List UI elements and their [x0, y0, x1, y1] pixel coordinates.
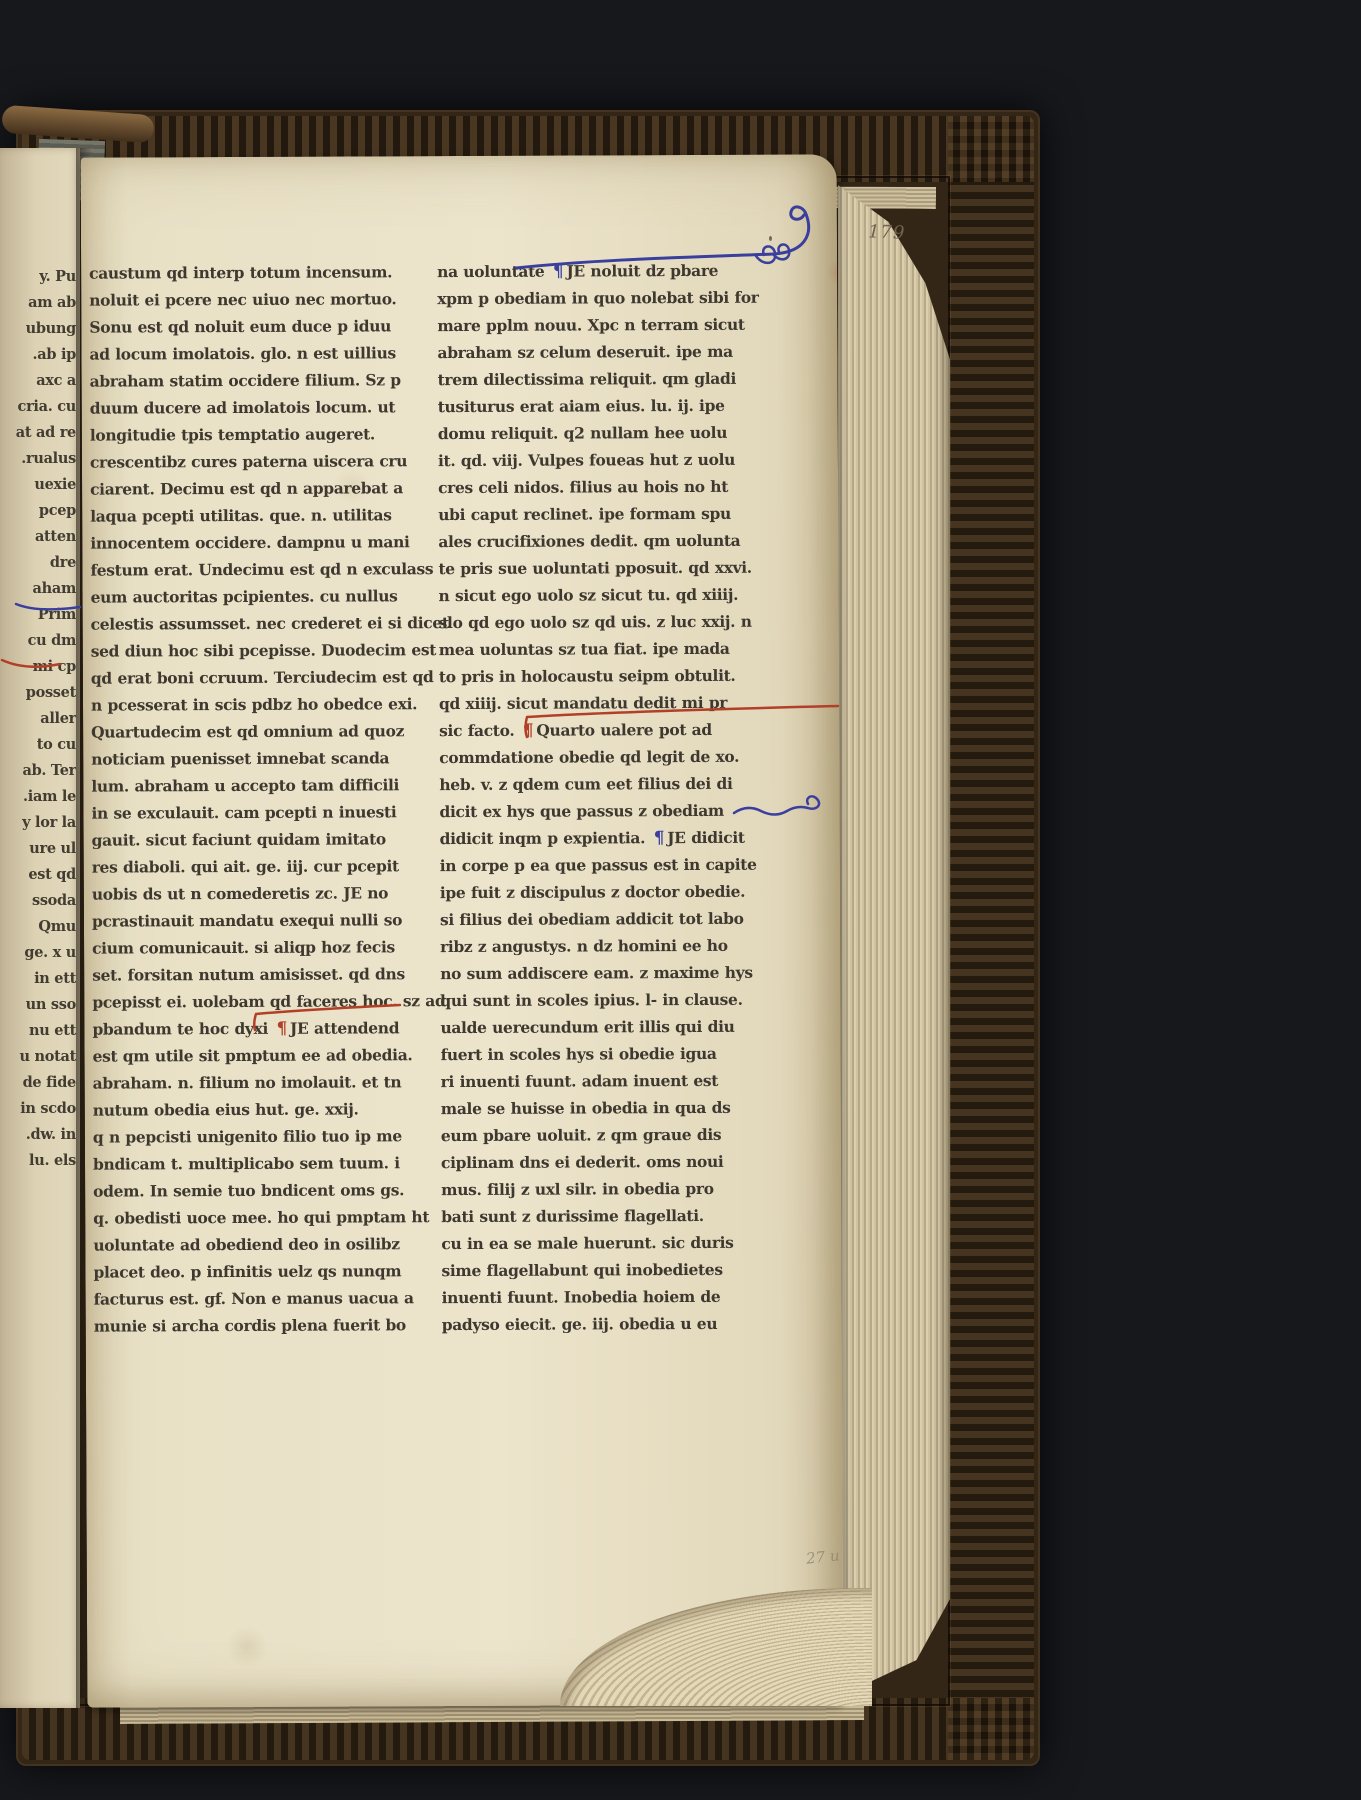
manuscript-line: slo qd ego uolo sz qd uis. z luc xxij. n [439, 608, 769, 636]
manuscript-line: mus. filij z uxl silr. in obedia pro [441, 1175, 771, 1203]
manuscript-line: in corpe p ea que passus est in capite [440, 851, 770, 879]
manuscript-line: qd xiiij. sicut mandatu dedit mi pr [439, 689, 769, 717]
margin-fragment: am ab [0, 290, 76, 316]
margin-fragment: y lor la [0, 810, 76, 836]
manuscript-line: facturus est. gf. Non e manus uacua a [94, 1284, 424, 1312]
manuscript-line: bndicam t. multiplicabo sem tuum. i [93, 1149, 423, 1177]
margin-fragment: Qmu [0, 914, 76, 940]
manuscript-line: gauit. sicut faciunt quidam imitato [92, 825, 422, 853]
text-column-right: na uoluntate ¶JE noluit dz pbarexpm p ob… [437, 257, 772, 1338]
manuscript-line: eum pbare uoluit. z qm graue dis [441, 1121, 771, 1149]
page-stack-foredge [838, 176, 950, 1706]
pilcrow-mark: ¶ [274, 1019, 291, 1039]
pilcrow-mark: ¶ [550, 262, 567, 282]
pilcrow-mark: ¶ [651, 828, 668, 848]
manuscript-line: odem. In semie tuo bndicent oms gs. [93, 1176, 423, 1204]
margin-fragment: dw. in. [0, 1122, 76, 1148]
margin-fragment: cu dm [0, 628, 76, 654]
manuscript-line: ri inuenti fuunt. adam inuent est [441, 1067, 771, 1095]
facing-page-fragments: y. Puam abubungab ip.axc acria. cuat ad … [0, 264, 76, 1174]
margin-fragment: in scdo [0, 1096, 76, 1122]
margin-fragment: in ett [0, 966, 76, 992]
manuscript-line: Sonu est qd noluit eum duce p iduu [89, 312, 419, 340]
manuscript-line: q n pepcisti unigenito filio tuo ip me [93, 1122, 423, 1150]
manuscript-line: sime flagellabunt qui inobedietes [441, 1256, 771, 1284]
manuscript-line: cu in ea se male huerunt. sic duris [441, 1229, 771, 1257]
manuscript-line: mare pplm nouu. Xpc n terram sicut [437, 311, 767, 339]
text-column-left: caustum qd interp totum incensum.noluit … [89, 258, 424, 1339]
manuscript-line: abraham statim occidere filium. Sz p [90, 366, 420, 394]
manuscript-photo-stage: y. Puam abubungab ip.axc acria. cuat ad … [0, 0, 1361, 1800]
manuscript-line: domu reliquit. q2 nullam hee uolu [438, 419, 768, 447]
manuscript-line: pbandum te hoc dyxi ¶JE attendend [92, 1014, 422, 1042]
manuscript-line: ales crucifixiones dedit. qm uolunta [438, 527, 768, 555]
manuscript-line: in se exculauit. cam pcepti n inuesti [91, 798, 421, 826]
manuscript-line: uoluntate ad obediend deo in osilibz [93, 1230, 423, 1258]
margin-fragment: ab. Ter [0, 758, 76, 784]
manuscript-line: xpm p obediam in quo nolebat sibi for [437, 284, 767, 312]
manuscript-line: innocentem occidere. dampnu u mani [90, 528, 420, 556]
manuscript-line: caustum qd interp totum incensum. [89, 258, 419, 286]
manuscript-line: no sum addiscere eam. z maxime hys [440, 959, 770, 987]
manuscript-line: pcepisst ei. uolebam qd faceres hoc. sz … [92, 987, 422, 1015]
manuscript-line: n pcesserat in scis pdbz ho obedce exi. [91, 690, 421, 718]
margin-fragment: lu. els [0, 1148, 76, 1174]
margin-fragment: posset [0, 680, 76, 706]
manuscript-line: to pris in holocaustu seipm obtulit. [439, 662, 769, 690]
margin-fragment: rualus. [0, 446, 76, 472]
manuscript-line: na uoluntate ¶JE noluit dz pbare [437, 257, 767, 285]
manuscript-line: qui sunt in scoles ipius. l- in clause. [440, 986, 770, 1014]
margin-fragment: aham [0, 576, 76, 602]
manuscript-line: ualde uerecundum erit illis qui diu [440, 1013, 770, 1041]
margin-fragment: est qd [0, 862, 76, 888]
manuscript-line: est qm utile sit pmptum ee ad obedia. [92, 1041, 422, 1069]
margin-fragment: dre [0, 550, 76, 576]
manuscript-line: pcrastinauit mandatu exequi nulli so [92, 906, 422, 934]
margin-fragment: pcep [0, 498, 76, 524]
manuscript-line: didicit inqm p expientia. ¶JE didicit [440, 824, 770, 852]
margin-fragment: ssoda [0, 888, 76, 914]
manuscript-line: dicit ex hys que passus z obediam [439, 797, 769, 825]
manuscript-line: commdatione obedie qd legit de xo. [439, 743, 769, 771]
manuscript-line: Quartudecim est qd omnium ad quoz [91, 717, 421, 745]
margin-fragment: to cu [0, 732, 76, 758]
margin-fragment: y. Pu [0, 264, 76, 290]
manuscript-line: trem dilectissima reliquit. qm gladi [438, 365, 768, 393]
manuscript-line: longitudie tpis temptatio augeret. [90, 420, 420, 448]
manuscript-line: ipe fuit z discipulus z doctor obedie. [440, 878, 770, 906]
margin-fragment: aller [0, 706, 76, 732]
manuscript-line: abraham. n. filium no imolauit. et tn [93, 1068, 423, 1096]
manuscript-line: crescentibz cures paterna uiscera cru [90, 447, 420, 475]
margin-fragment: cria. cu [0, 394, 76, 420]
pencil-inscription: 27 u [805, 1546, 840, 1567]
manuscript-line: ubi caput reclinet. ipe formam spu [438, 500, 768, 528]
manuscript-line: uobis ds ut n comederetis zc. JE no [92, 879, 422, 907]
manuscript-line: laqua pcepti utilitas. que. n. utilitas [90, 501, 420, 529]
manuscript-page: caustum qd interp totum incensum.noluit … [81, 154, 844, 1707]
margin-fragment: atten [0, 524, 76, 550]
manuscript-line: placet deo. p infinitis uelz qs nunqm [93, 1257, 423, 1285]
folio-number: 179 [868, 221, 906, 243]
margin-fragment: ure ul [0, 836, 76, 862]
manuscript-line: sed diun hoc sibi pcepisse. Duodecim est [91, 636, 421, 664]
margin-fragment: axc a [0, 368, 76, 394]
manuscript-line: mea uoluntas sz tua fiat. ipe mada [439, 635, 769, 663]
manuscript-line: qd erat boni ccruum. Terciudecim est qd [91, 663, 421, 691]
manuscript-line: male se huisse in obedia in qua ds [441, 1094, 771, 1122]
manuscript-line: nutum obedia eius hut. ge. xxij. [93, 1095, 423, 1123]
manuscript-line: te pris sue uoluntati pposuit. qd xxvi. [438, 554, 768, 582]
margin-fragment: ge. x u [0, 940, 76, 966]
margin-fragment: ubung [0, 316, 76, 342]
manuscript-line: eum auctoritas pcipientes. cu nullus [90, 582, 420, 610]
margin-fragment: nu ett [0, 1018, 76, 1044]
margin-fragment: at ad re [0, 420, 76, 446]
ink-speck [769, 236, 772, 241]
manuscript-line: padyso eiecit. ge. iij. obedia u eu [442, 1310, 772, 1338]
manuscript-line: fuert in scoles hys si obedie igua [440, 1040, 770, 1068]
manuscript-line: set. forsitan nutum amisisset. qd dns [92, 960, 422, 988]
manuscript-line: duum ducere ad imolatois locum. ut [90, 393, 420, 421]
margin-fragment: ab ip. [0, 342, 76, 368]
manuscript-line: ad locum imolatois. glo. n est uillius [89, 339, 419, 367]
margin-fragment: uexie [0, 472, 76, 498]
manuscript-line: cres celi nidos. filius au hois no ht [438, 473, 768, 501]
manuscript-line: munie si archa cordis plena fuerit bo [94, 1311, 424, 1339]
pilcrow-mark: ¶ [520, 721, 537, 741]
margin-fragment: Prim [0, 602, 76, 628]
manuscript-line: n sicut ego uolo sz sicut tu. qd xiiij. [438, 581, 768, 609]
manuscript-line: ribz z angustys. n dz homini ee ho [440, 932, 770, 960]
manuscript-line: tusiturus erat aiam eius. lu. ij. ipe [438, 392, 768, 420]
margin-fragment: u notat [0, 1044, 76, 1070]
manuscript-line: cium comunicauit. si aliqp hoz fecis [92, 933, 422, 961]
manuscript-line: sic facto. ¶Quarto ualere pot ad [439, 716, 769, 744]
manuscript-line: bati sunt z durissime flagellati. [441, 1202, 771, 1230]
manuscript-line: q. obedisti uoce mee. ho qui pmptam ht [93, 1203, 423, 1231]
manuscript-line: heb. v. z qdem cum eet filius dei di [439, 770, 769, 798]
manuscript-line: ciplinam dns ei dederit. oms noui [441, 1148, 771, 1176]
manuscript-line: inuenti fuunt. Inobedia hoiem de [442, 1283, 772, 1311]
manuscript-line: noluit ei pcere nec uiuo nec mortuo. [89, 285, 419, 313]
manuscript-line: it. qd. viij. Vulpes foueas hut z uolu [438, 446, 768, 474]
manuscript-line: lum. abraham u accepto tam difficili [91, 771, 421, 799]
manuscript-line: abraham sz celum deseruit. ipe ma [437, 338, 767, 366]
margin-fragment: de fide [0, 1070, 76, 1096]
manuscript-line: res diaboli. qui ait. ge. iij. cur pcepi… [92, 852, 422, 880]
margin-fragment: iam le. [0, 784, 76, 810]
manuscript-line: si filius dei obediam addicit tot labo [440, 905, 770, 933]
manuscript-line: noticiam puenisset imnebat scanda [91, 744, 421, 772]
facing-page-edge: y. Puam abubungab ip.axc acria. cuat ad … [0, 148, 80, 1708]
margin-fragment: un sso [0, 992, 76, 1018]
margin-fragment: mi cp [0, 654, 76, 680]
manuscript-line: celestis assumsset. nec crederet ei si d… [91, 609, 421, 637]
manuscript-line: festum erat. Undecimu est qd n exculass [90, 555, 420, 583]
manuscript-line: ciarent. Decimu est qd n apparebat a [90, 474, 420, 502]
